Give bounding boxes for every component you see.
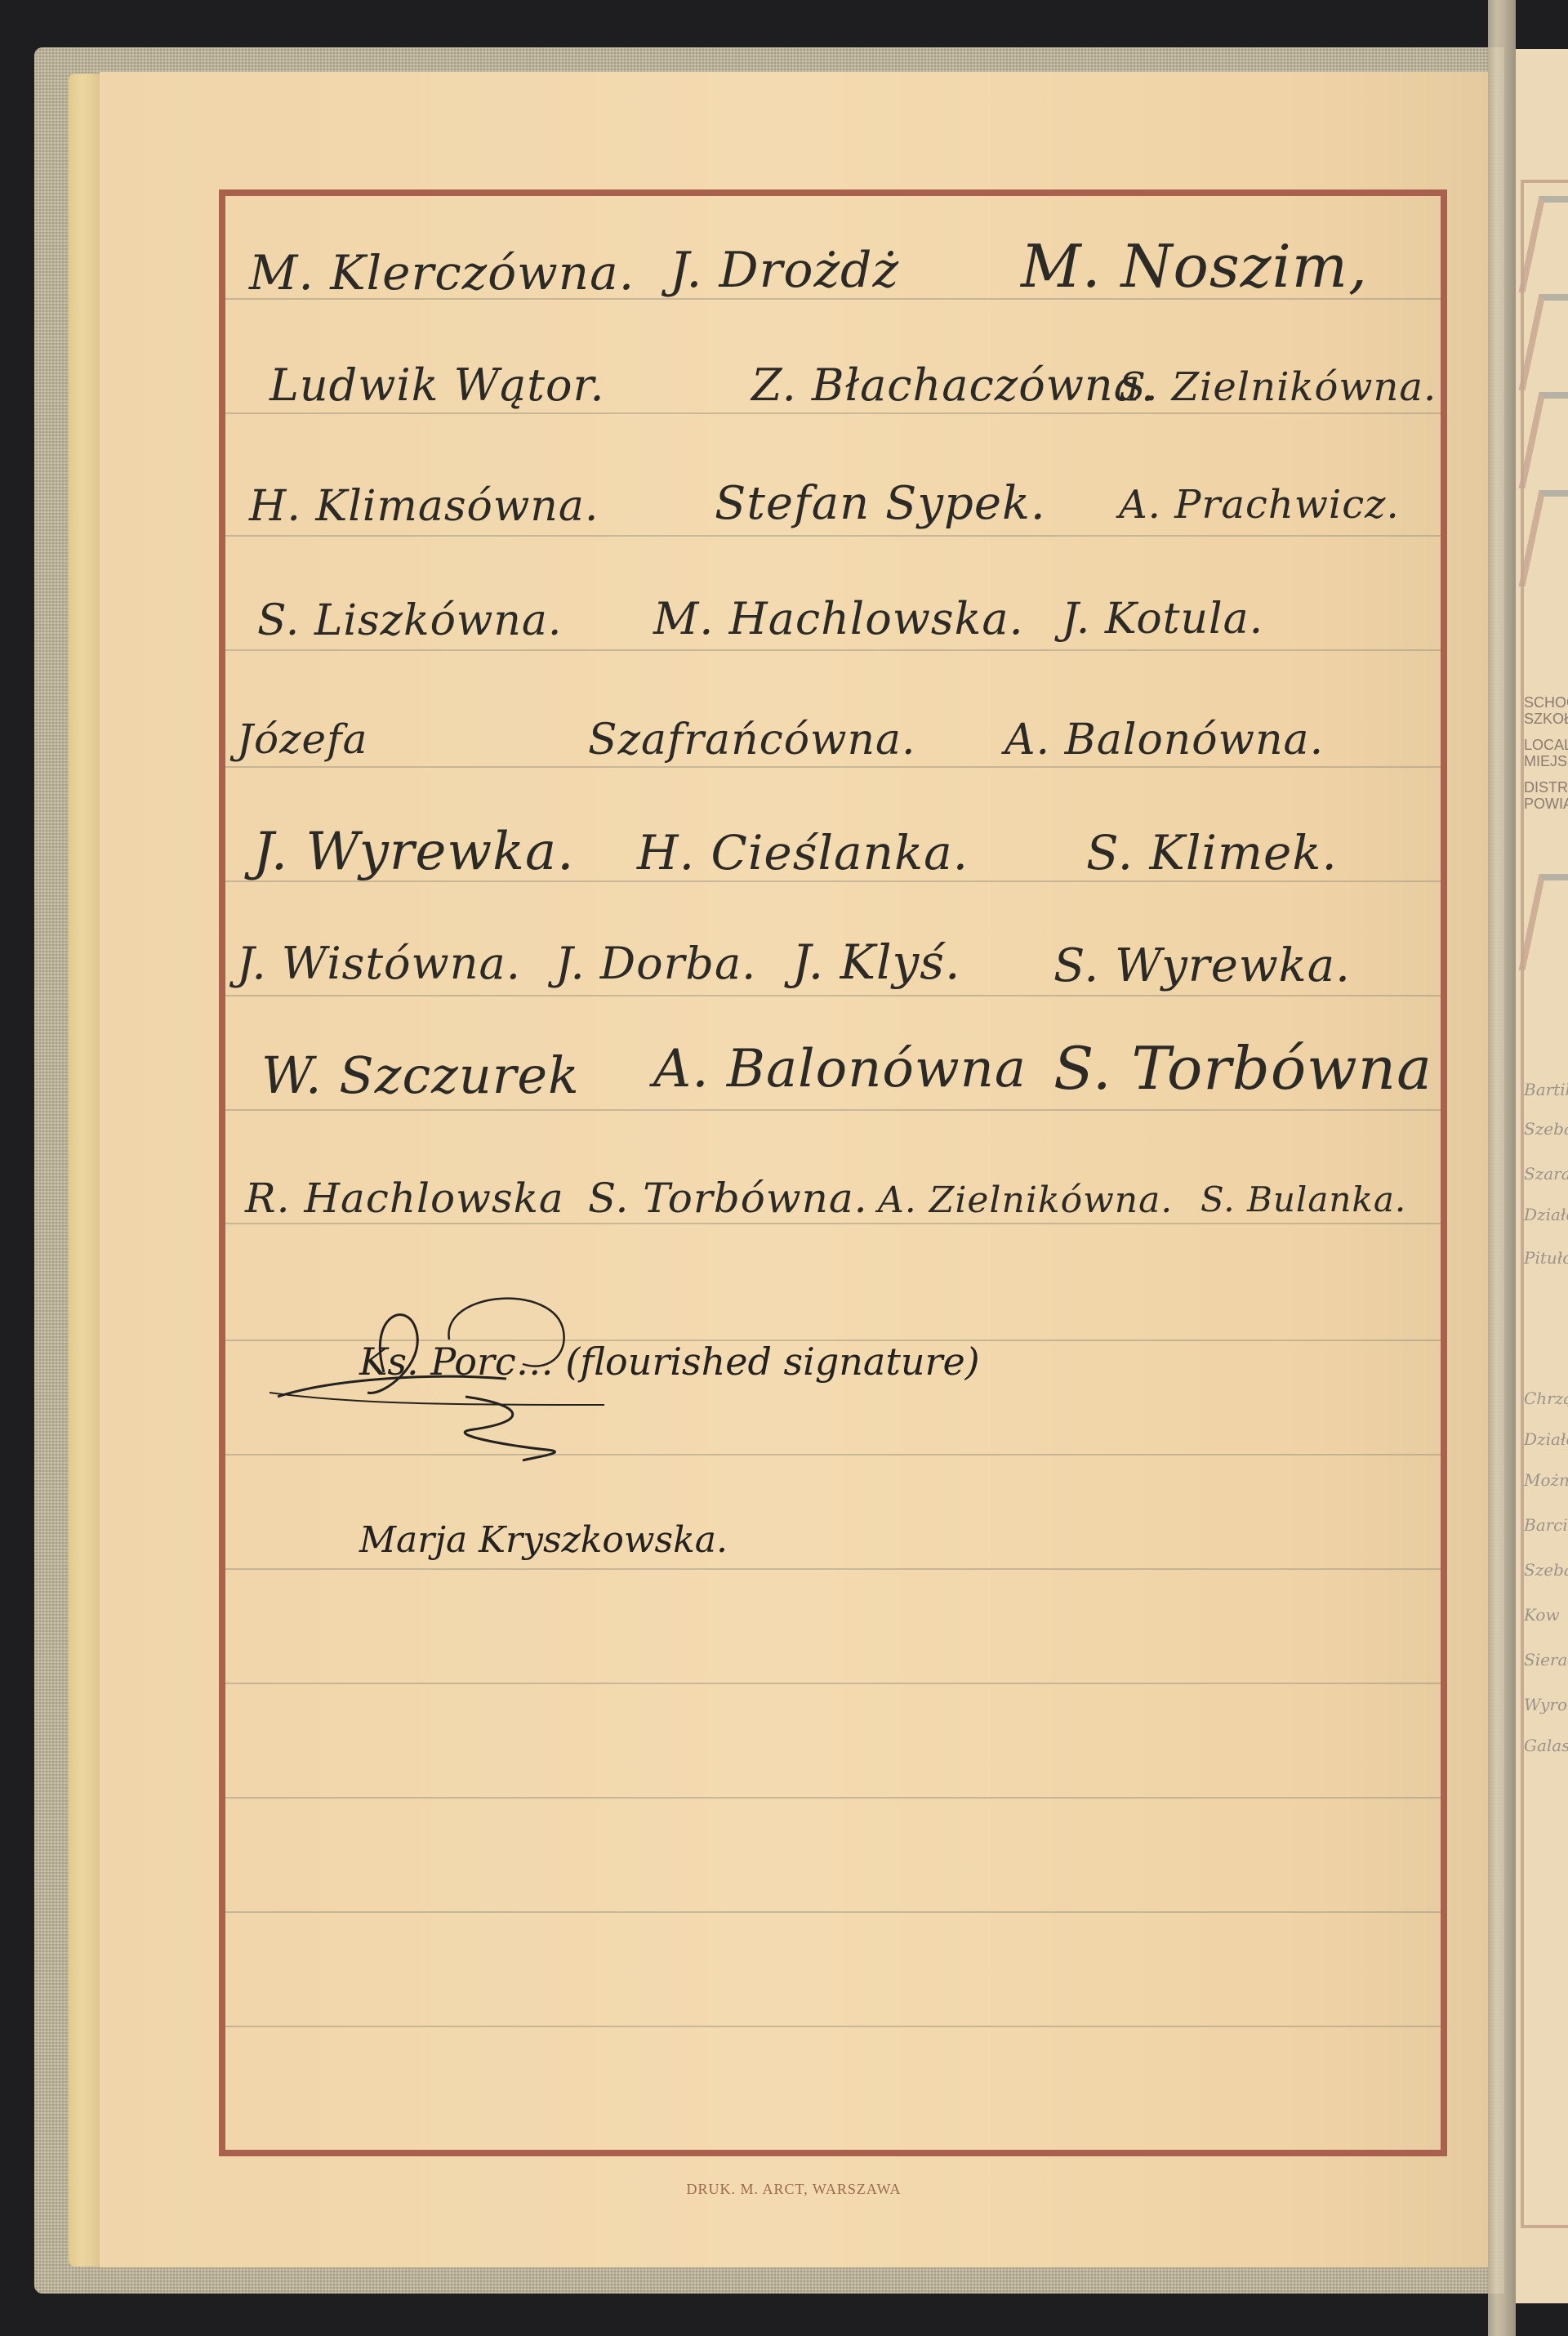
book-gutter [1488, 0, 1516, 2336]
facing-name: Możnicki [1524, 1470, 1568, 1490]
page-edges [69, 74, 101, 2267]
facing-label: SZKOŁA [1524, 711, 1568, 727]
facing-label: LOCALITY [1524, 737, 1568, 753]
facing-name: Szarańcz [1524, 1164, 1568, 1184]
facing-label: MIEJSCOW [1524, 753, 1568, 769]
facing-name: Galasio [1524, 1736, 1568, 1755]
facing-page: SCHOOL SZKOŁA LOCALITY MIEJSCOW DISTRICT… [1516, 49, 1568, 2303]
facing-name: Wyrobia [1524, 1695, 1568, 1714]
facing-name: Barcikó [1524, 1515, 1568, 1535]
facing-name: Pitułówn [1524, 1248, 1568, 1268]
facing-name: Chrząszcz [1524, 1389, 1568, 1408]
facing-label: POWIAT [1524, 796, 1568, 812]
facing-name: Działek [1524, 1205, 1568, 1224]
facing-label: DISTRICT [1524, 779, 1568, 796]
facing-name: Sierad [1524, 1650, 1568, 1670]
printer-imprint: DRUK. M. ARCT, WARSZAWA [100, 2181, 1488, 2198]
facing-label: SCHOOL [1524, 694, 1568, 711]
facing-name: Bartik [1524, 1080, 1568, 1099]
facing-name: Szebaj [1524, 1560, 1568, 1580]
imprint-container: DRUK. M. ARCT, WARSZAWA [100, 0, 1488, 2336]
facing-name: Działek [1524, 1429, 1568, 1449]
facing-name: Szebań Róż [1524, 1119, 1568, 1139]
facing-name: Kow [1524, 1605, 1560, 1625]
